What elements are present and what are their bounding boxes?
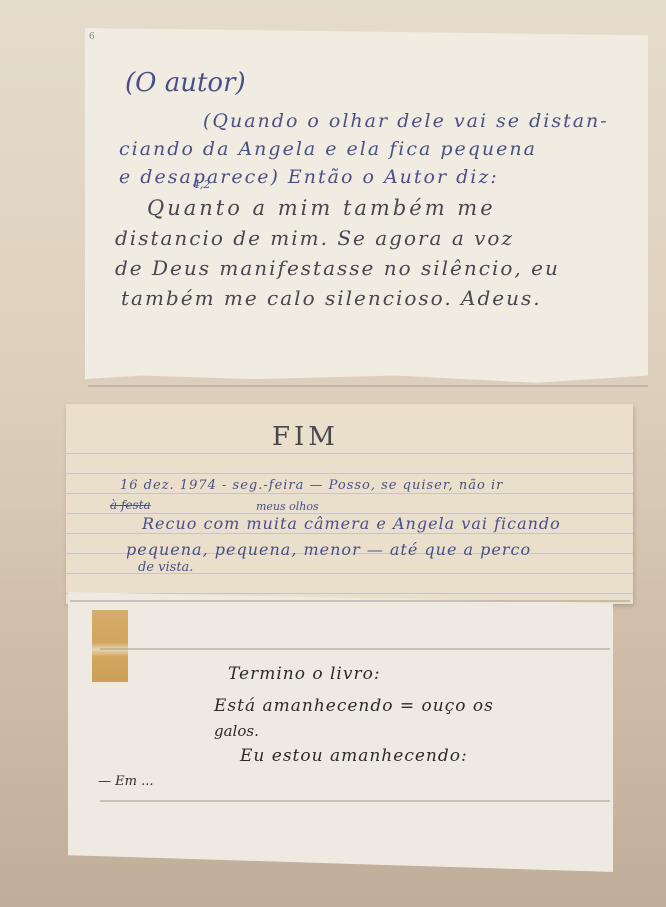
title-fim: FIM [272,422,339,452]
text-line: pequena, pequena, menor — até que a perc… [126,540,531,559]
text-line: distancio de mim. Se agora a voz [115,226,514,250]
text-line: Está amanhecendo = ouço os [214,696,494,716]
manuscript-sheet-2-lined: FIM 16 dez. 1974 - seg.-feira — Posso, s… [66,404,633,604]
text-line-insertion: meus olhos [256,500,319,513]
text-line: (Quando o olhar dele vai se distan- [203,110,609,132]
page-number: 6 [89,32,95,42]
text-line: Eu estou amanhecendo: [240,746,468,766]
adhesive-tape [92,610,128,682]
text-line: e desaparece) Então o Autor diz: [119,166,499,188]
text-fragment: — Em ... [98,774,153,789]
text-line: galos. [214,722,259,740]
torn-edge [88,385,648,387]
text-line: ciando da Angela e ela fica pequena [119,138,537,160]
manuscript-sheet-3: Termino o livro: Está amanhecendo = ouço… [68,592,613,872]
torn-edge [100,800,610,802]
text-line-struck: à festa [110,498,151,512]
text-line: de vista. [138,560,193,575]
torn-edge [100,648,610,650]
text-line: Quanto a mim também me [147,196,496,220]
correction-note: 4,2 [193,178,211,191]
text-line: Termino o livro: [228,664,381,684]
text-line: também me calo silencioso. Adeus. [121,286,542,310]
text-line: (O autor) [125,68,246,98]
text-line: Recuo com muita câmera e Angela vai fica… [142,514,561,533]
text-line-date: 16 dez. 1974 - seg.-feira — Posso, se qu… [120,478,503,493]
torn-edge [70,600,630,602]
manuscript-sheet-1: 6 (O autor) (Quando o olhar dele vai se … [85,28,648,390]
text-line: de Deus manifestasse no silêncio, eu [115,256,560,280]
